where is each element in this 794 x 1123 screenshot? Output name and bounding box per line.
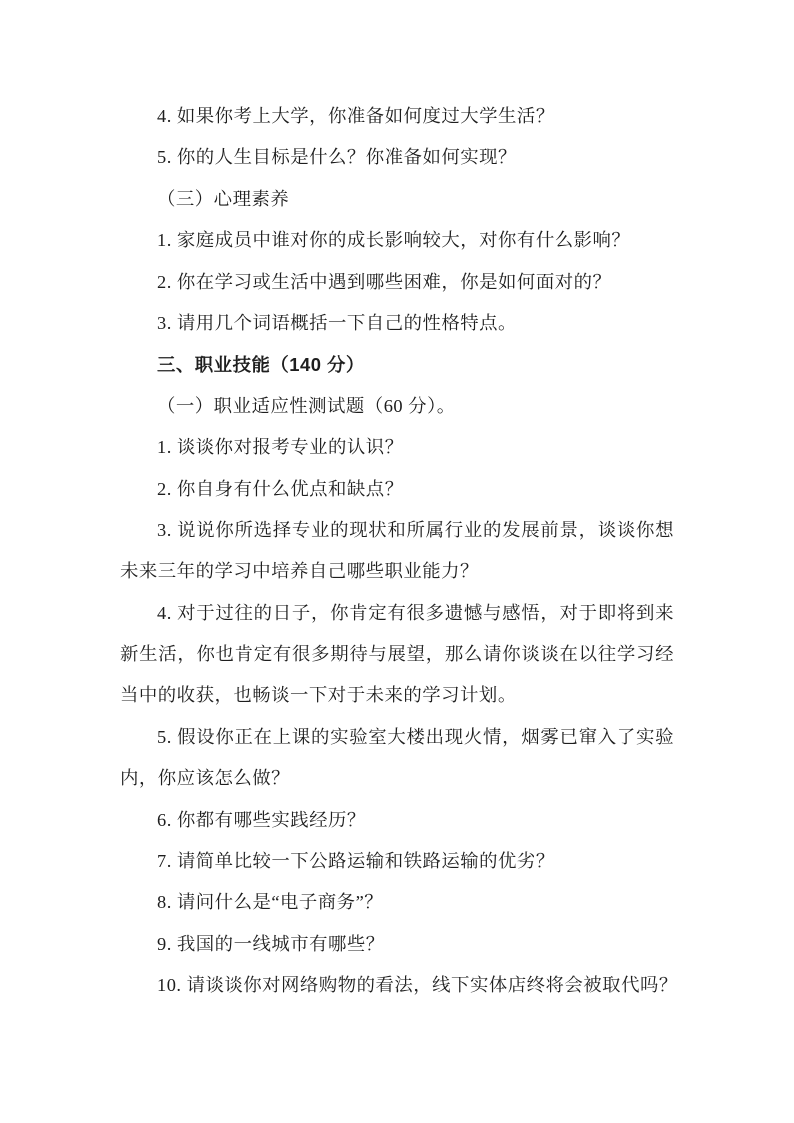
text-line: 5. 你的人生目标是什么？你准备如何实现？ (120, 137, 674, 178)
text-line: 7. 请简单比较一下公路运输和铁路运输的优劣？ (120, 841, 674, 882)
text-line: 1. 谈谈你对报考专业的认识？ (120, 427, 674, 468)
text-line: 2. 你自身有什么优点和缺点？ (120, 469, 674, 510)
text-line: 内，你应该怎么做？ (120, 758, 674, 799)
text-line: 4. 如果你考上大学，你准备如何度过大学生活？ (120, 96, 674, 137)
text-line: 6. 你都有哪些实践经历？ (120, 800, 674, 841)
text-line: 新生活，你也肯定有很多期待与展望，那么请你谈谈在以往学习经历 (120, 634, 674, 675)
document-page: 4. 如果你考上大学，你准备如何度过大学生活？5. 你的人生目标是什么？你准备如… (0, 0, 794, 1123)
text-line: 5. 假设你正在上课的实验室大楼出现火情，烟雾已窜入了实验室 (120, 717, 674, 758)
text-line: （三）心理素养 (120, 179, 674, 220)
text-line: 9. 我国的一线城市有哪些？ (120, 924, 674, 965)
text-line: 未来三年的学习中培养自己哪些职业能力？ (120, 551, 674, 592)
text-line: 4. 对于过往的日子，你肯定有很多遗憾与感悟，对于即将到来的 (120, 593, 674, 634)
text-line: （一）职业适应性测试题（60 分）。 (120, 386, 674, 427)
text-line: 8. 请问什么是“电子商务”？ (120, 882, 674, 923)
section-heading: 三、职业技能（140 分） (120, 344, 674, 385)
text-line: 10. 请谈谈你对网络购物的看法，线下实体店终将会被取代吗？ (120, 965, 674, 1006)
text-line: 2. 你在学习或生活中遇到哪些困难，你是如何面对的？ (120, 262, 674, 303)
text-line: 3. 说说你所选择专业的现状和所属行业的发展前景，谈谈你想在 (120, 510, 674, 551)
text-line: 3. 请用几个词语概括一下自己的性格特点。 (120, 303, 674, 344)
text-line: 1. 家庭成员中谁对你的成长影响较大，对你有什么影响？ (120, 220, 674, 261)
text-line: 当中的收获，也畅谈一下对于未来的学习计划。 (120, 675, 674, 716)
